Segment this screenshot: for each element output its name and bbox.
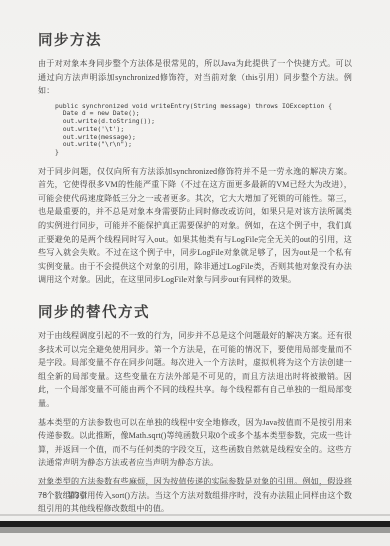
paragraph-local-variables: 对于由线程调度引起的不一致的行为，同步并不总是这个问题最好的解决方案。还有很多技… (38, 329, 352, 411)
page-footer: 78 | 第3章 (38, 484, 352, 501)
page-content: 同步方法 由于对对象本身同步整个方法体是很常见的，所以Java为此提供了一个快捷… (38, 0, 352, 521)
page-number: 78 (38, 491, 47, 500)
scan-edge-lower-paper (0, 533, 390, 546)
paragraph-synchronized-drawbacks: 对于同步问题，仅仅向所有方法添加synchronized修饰符并不是一劳永逸的解… (38, 165, 352, 287)
footer-separator: | (56, 491, 58, 500)
scan-edge-thin-line (0, 514, 390, 516)
java-code-listing: public synchronized void writeEntry(Stri… (38, 103, 352, 157)
paragraph-intro: 由于对对象本身同步整个方法体是很常见的，所以Java为此提供了一个快捷方式。可以… (38, 57, 352, 98)
paragraph-primitive-parameters: 基本类型的方法参数也可以在单独的线程中安全地修改，因为Java按值而不是按引用来… (38, 416, 352, 470)
section-heading-synchronization-alternatives: 同步的替代方式 (38, 292, 352, 329)
book-page-scan: 同步方法 由于对对象本身同步整个方法体是很常见的，所以Java为此提供了一个快捷… (0, 0, 390, 546)
chapter-label: 第3章 (67, 490, 87, 501)
section-heading-synchronized-methods: 同步方法 (38, 0, 352, 57)
